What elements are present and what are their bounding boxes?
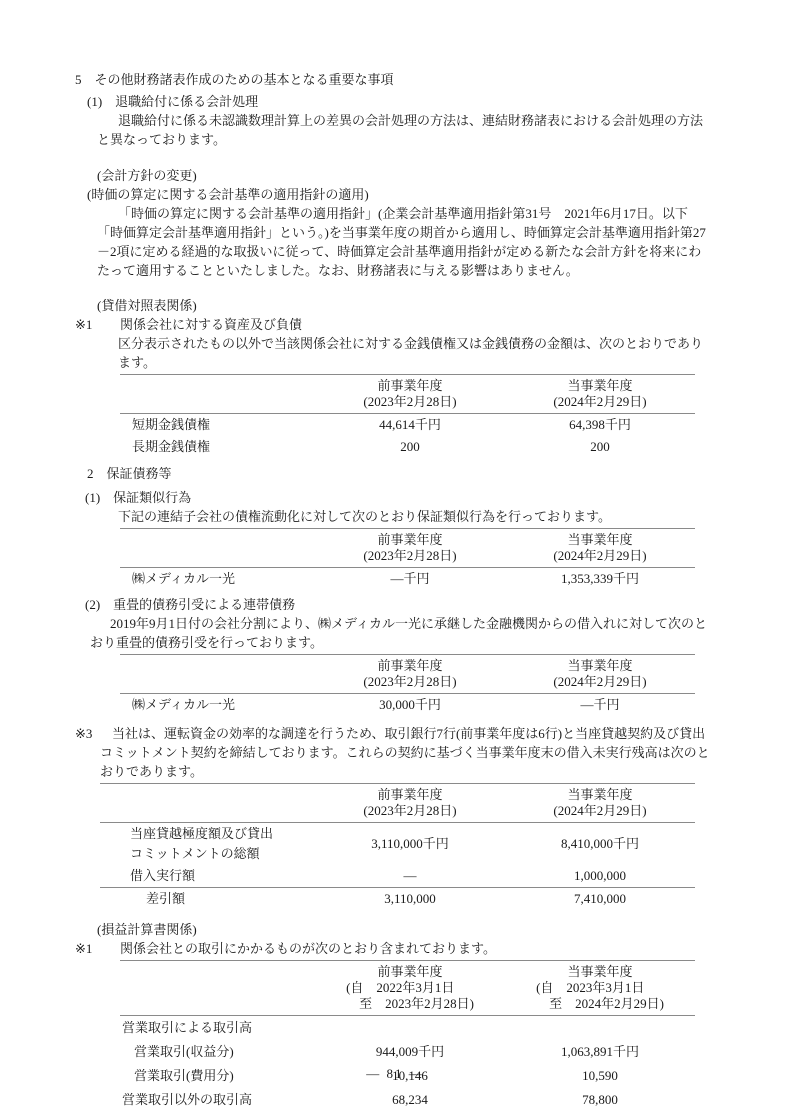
curr-year-header: 当事業年度 (自 2023年3月1日 至 2024年2月29日) <box>505 964 695 1012</box>
retirement-benefit-title: (1) 退職給付に係る会計処理 <box>87 92 712 111</box>
row-label: 営業取引による取引高 <box>120 1017 315 1039</box>
prev-year-title: 前事業年度 <box>315 378 505 394</box>
prev-year-title: 前事業年度 <box>315 787 505 803</box>
row-label: 営業取引以外の取引高 <box>120 1089 315 1111</box>
curr-value: 8,410,000千円 <box>505 834 695 854</box>
curr-year-period: (自 2023年3月1日 至 2024年2月29日) <box>536 980 664 1012</box>
curr-value: 64,398千円 <box>505 415 695 435</box>
prev-year-date: (2023年2月28日) <box>315 548 505 564</box>
bs-note1-marker: ※1 <box>75 315 120 334</box>
table-header: 前事業年度 (2023年2月28日) 当事業年度 (2024年2月29日) <box>100 784 695 823</box>
related-party-transactions-table: 前事業年度 (自 2022年3月1日 至 2023年2月28日) 当事業年度 (… <box>120 960 695 1112</box>
income-statement-heading: (損益計算書関係) <box>97 920 712 939</box>
curr-value: 1,063,891千円 <box>505 1041 695 1063</box>
guarantee-joint-title: (2) 重畳的債務引受による連帯債務 <box>85 595 712 614</box>
row-label: 当座貸越極度額及び貸出 コミットメントの総額 <box>100 824 315 864</box>
commitment-line-table: 前事業年度 (2023年2月28日) 当事業年度 (2024年2月29日) 当座… <box>100 783 695 910</box>
guarantee-joint-lead: 2019年9月1日付の会社分割により、㈱メディカル一光に承継した金融機関からの借… <box>90 614 712 652</box>
curr-value: 1,353,339千円 <box>505 569 695 589</box>
curr-value: 78,800 <box>505 1089 695 1111</box>
prev-value: 3,110,000 <box>315 889 505 909</box>
prev-value: ―千円 <box>315 569 505 589</box>
prev-year-header: 前事業年度 (2023年2月28日) <box>315 787 505 819</box>
prev-value: 3,110,000千円 <box>315 834 505 854</box>
note3-body: 当社は、運転資金の効率的な調達を行うため、取引銀行7行(前事業年度は6行)と当座… <box>100 724 712 781</box>
curr-year-date: (2024年2月29日) <box>505 548 695 564</box>
prev-year-date: (2023年2月28日) <box>315 394 505 410</box>
table-header: 前事業年度 (自 2022年3月1日 至 2023年2月28日) 当事業年度 (… <box>120 961 695 1016</box>
curr-year-title: 当事業年度 <box>505 787 695 803</box>
bs-note1-lead: 区分表示されたもの以外で当該関係会社に対する金銭債権又は金銭債務の金額は、次のと… <box>118 334 712 372</box>
prev-year-header: 前事業年度 (2023年2月28日) <box>315 658 505 690</box>
bs-note1-line: ※1 関係会社に対する資産及び負債 <box>75 315 712 334</box>
curr-year-title: 当事業年度 <box>505 964 695 980</box>
row-label: 営業取引(収益分) <box>120 1041 315 1063</box>
table-row: 短期金銭債権 44,614千円 64,398千円 <box>120 414 695 436</box>
prev-value: ― <box>315 866 505 886</box>
table-header: 前事業年度 (2023年2月28日) 当事業年度 (2024年2月29日) <box>120 655 695 694</box>
prev-year-header: 前事業年度 (2023年2月28日) <box>315 532 505 564</box>
prev-year-date: (2023年2月28日) <box>315 674 505 690</box>
curr-value: 7,410,000 <box>505 889 695 909</box>
table-row: 借入実行額 ― 1,000,000 <box>100 865 695 887</box>
prev-year-header: 前事業年度 (自 2022年3月1日 至 2023年2月28日) <box>315 964 505 1012</box>
joint-debt-table: 前事業年度 (2023年2月28日) 当事業年度 (2024年2月29日) ㈱メ… <box>120 654 695 716</box>
balance-sheet-heading: (貸借対照表関係) <box>97 296 712 315</box>
guarantee-similar-lead: 下記の連結子会社の債権流動化に対して次のとおり保証類似行為を行っております。 <box>118 507 712 526</box>
bs-note1-title: 関係会社に対する資産及び負債 <box>120 315 302 334</box>
pl-note1-marker: ※1 <box>75 939 120 958</box>
prev-value: 30,000千円 <box>315 695 505 715</box>
retirement-benefit-body: 退職給付に係る未認識数理計算上の差異の会計処理の方法は、連結財務諸表における会計… <box>97 111 712 149</box>
row-label: 長期金銭債権 <box>120 437 315 457</box>
curr-value: 1,000,000 <box>505 866 695 886</box>
financial-notes-page: 5 その他財務諸表作成のための基本となる重要な事項 (1) 退職給付に係る会計処… <box>0 0 790 1118</box>
guarantee-similar-title: (1) 保証類似行為 <box>85 488 712 507</box>
section5-heading: 5 その他財務諸表作成のための基本となる重要な事項 <box>75 70 712 89</box>
table-row-total: 差引額 3,110,000 7,410,000 <box>100 887 695 910</box>
curr-year-title: 当事業年度 <box>505 658 695 674</box>
table-row-group: 営業取引による取引高 <box>120 1016 695 1040</box>
row-label: ㈱メディカル一光 <box>120 695 315 715</box>
curr-year-header: 当事業年度 (2024年2月29日) <box>505 532 695 564</box>
pl-note1-lead: 関係会社との取引にかかるものが次のとおり含まれております。 <box>120 939 496 958</box>
prev-value: 944,009千円 <box>315 1041 505 1063</box>
note3-paragraph: ※3 当社は、運転資金の効率的な調達を行うため、取引銀行7行(前事業年度は6行)… <box>0 724 712 781</box>
related-party-balances-table: 前事業年度 (2023年2月28日) 当事業年度 (2024年2月29日) 短期… <box>120 374 695 458</box>
prev-year-date: (2023年2月28日) <box>315 803 505 819</box>
table-row: ㈱メディカル一光 ―千円 1,353,339千円 <box>120 568 695 590</box>
policy-change-body: 「時価の算定に関する会計基準の適用指針」(企業会計基準適用指針第31号 2021… <box>97 204 712 280</box>
pl-note1-line: ※1 関係会社との取引にかかるものが次のとおり含まれております。 <box>75 939 712 958</box>
table-row: ㈱メディカル一光 30,000千円 ―千円 <box>120 694 695 716</box>
curr-year-date: (2024年2月29日) <box>505 394 695 410</box>
prev-value: 44,614千円 <box>315 415 505 435</box>
policy-change-heading: (会計方針の変更) <box>97 166 712 185</box>
table-header: 前事業年度 (2023年2月28日) 当事業年度 (2024年2月29日) <box>120 529 695 568</box>
guarantee-similar-table: 前事業年度 (2023年2月28日) 当事業年度 (2024年2月29日) ㈱メ… <box>120 528 695 590</box>
row-label: 借入実行額 <box>100 866 315 886</box>
row-label: 差引額 <box>100 889 315 909</box>
prev-year-period: (自 2022年3月1日 至 2023年2月28日) <box>346 980 474 1012</box>
guarantee-heading: 2 保証債務等 <box>87 464 712 483</box>
table-header: 前事業年度 (2023年2月28日) 当事業年度 (2024年2月29日) <box>120 375 695 414</box>
curr-year-header: 当事業年度 (2024年2月29日) <box>505 378 695 410</box>
curr-year-header: 当事業年度 (2024年2月29日) <box>505 658 695 690</box>
prev-value: 200 <box>315 437 505 457</box>
curr-year-date: (2024年2月29日) <box>505 674 695 690</box>
curr-value: ―千円 <box>505 695 695 715</box>
table-row: 営業取引(収益分) 944,009千円 1,063,891千円 <box>120 1040 695 1064</box>
policy-change-subheading: (時価の算定に関する会計基準の適用指針の適用) <box>87 185 712 204</box>
table-row: 長期金銭債権 200 200 <box>120 436 695 458</box>
note3-marker: ※3 <box>75 724 92 743</box>
page-number: ― 81 ― <box>0 1064 790 1083</box>
prev-year-title: 前事業年度 <box>315 964 505 980</box>
curr-value: 200 <box>505 437 695 457</box>
table-row: 営業取引以外の取引高 68,234 78,800 <box>120 1088 695 1112</box>
prev-value: 68,234 <box>315 1089 505 1111</box>
curr-year-date: (2024年2月29日) <box>505 803 695 819</box>
row-label: ㈱メディカル一光 <box>120 569 315 589</box>
curr-year-title: 当事業年度 <box>505 378 695 394</box>
row-label: 短期金銭債権 <box>120 415 315 435</box>
prev-year-title: 前事業年度 <box>315 658 505 674</box>
curr-year-title: 当事業年度 <box>505 532 695 548</box>
table-row: 当座貸越極度額及び貸出 コミットメントの総額 3,110,000千円 8,410… <box>100 823 695 865</box>
prev-year-title: 前事業年度 <box>315 532 505 548</box>
prev-year-header: 前事業年度 (2023年2月28日) <box>315 378 505 410</box>
curr-year-header: 当事業年度 (2024年2月29日) <box>505 787 695 819</box>
